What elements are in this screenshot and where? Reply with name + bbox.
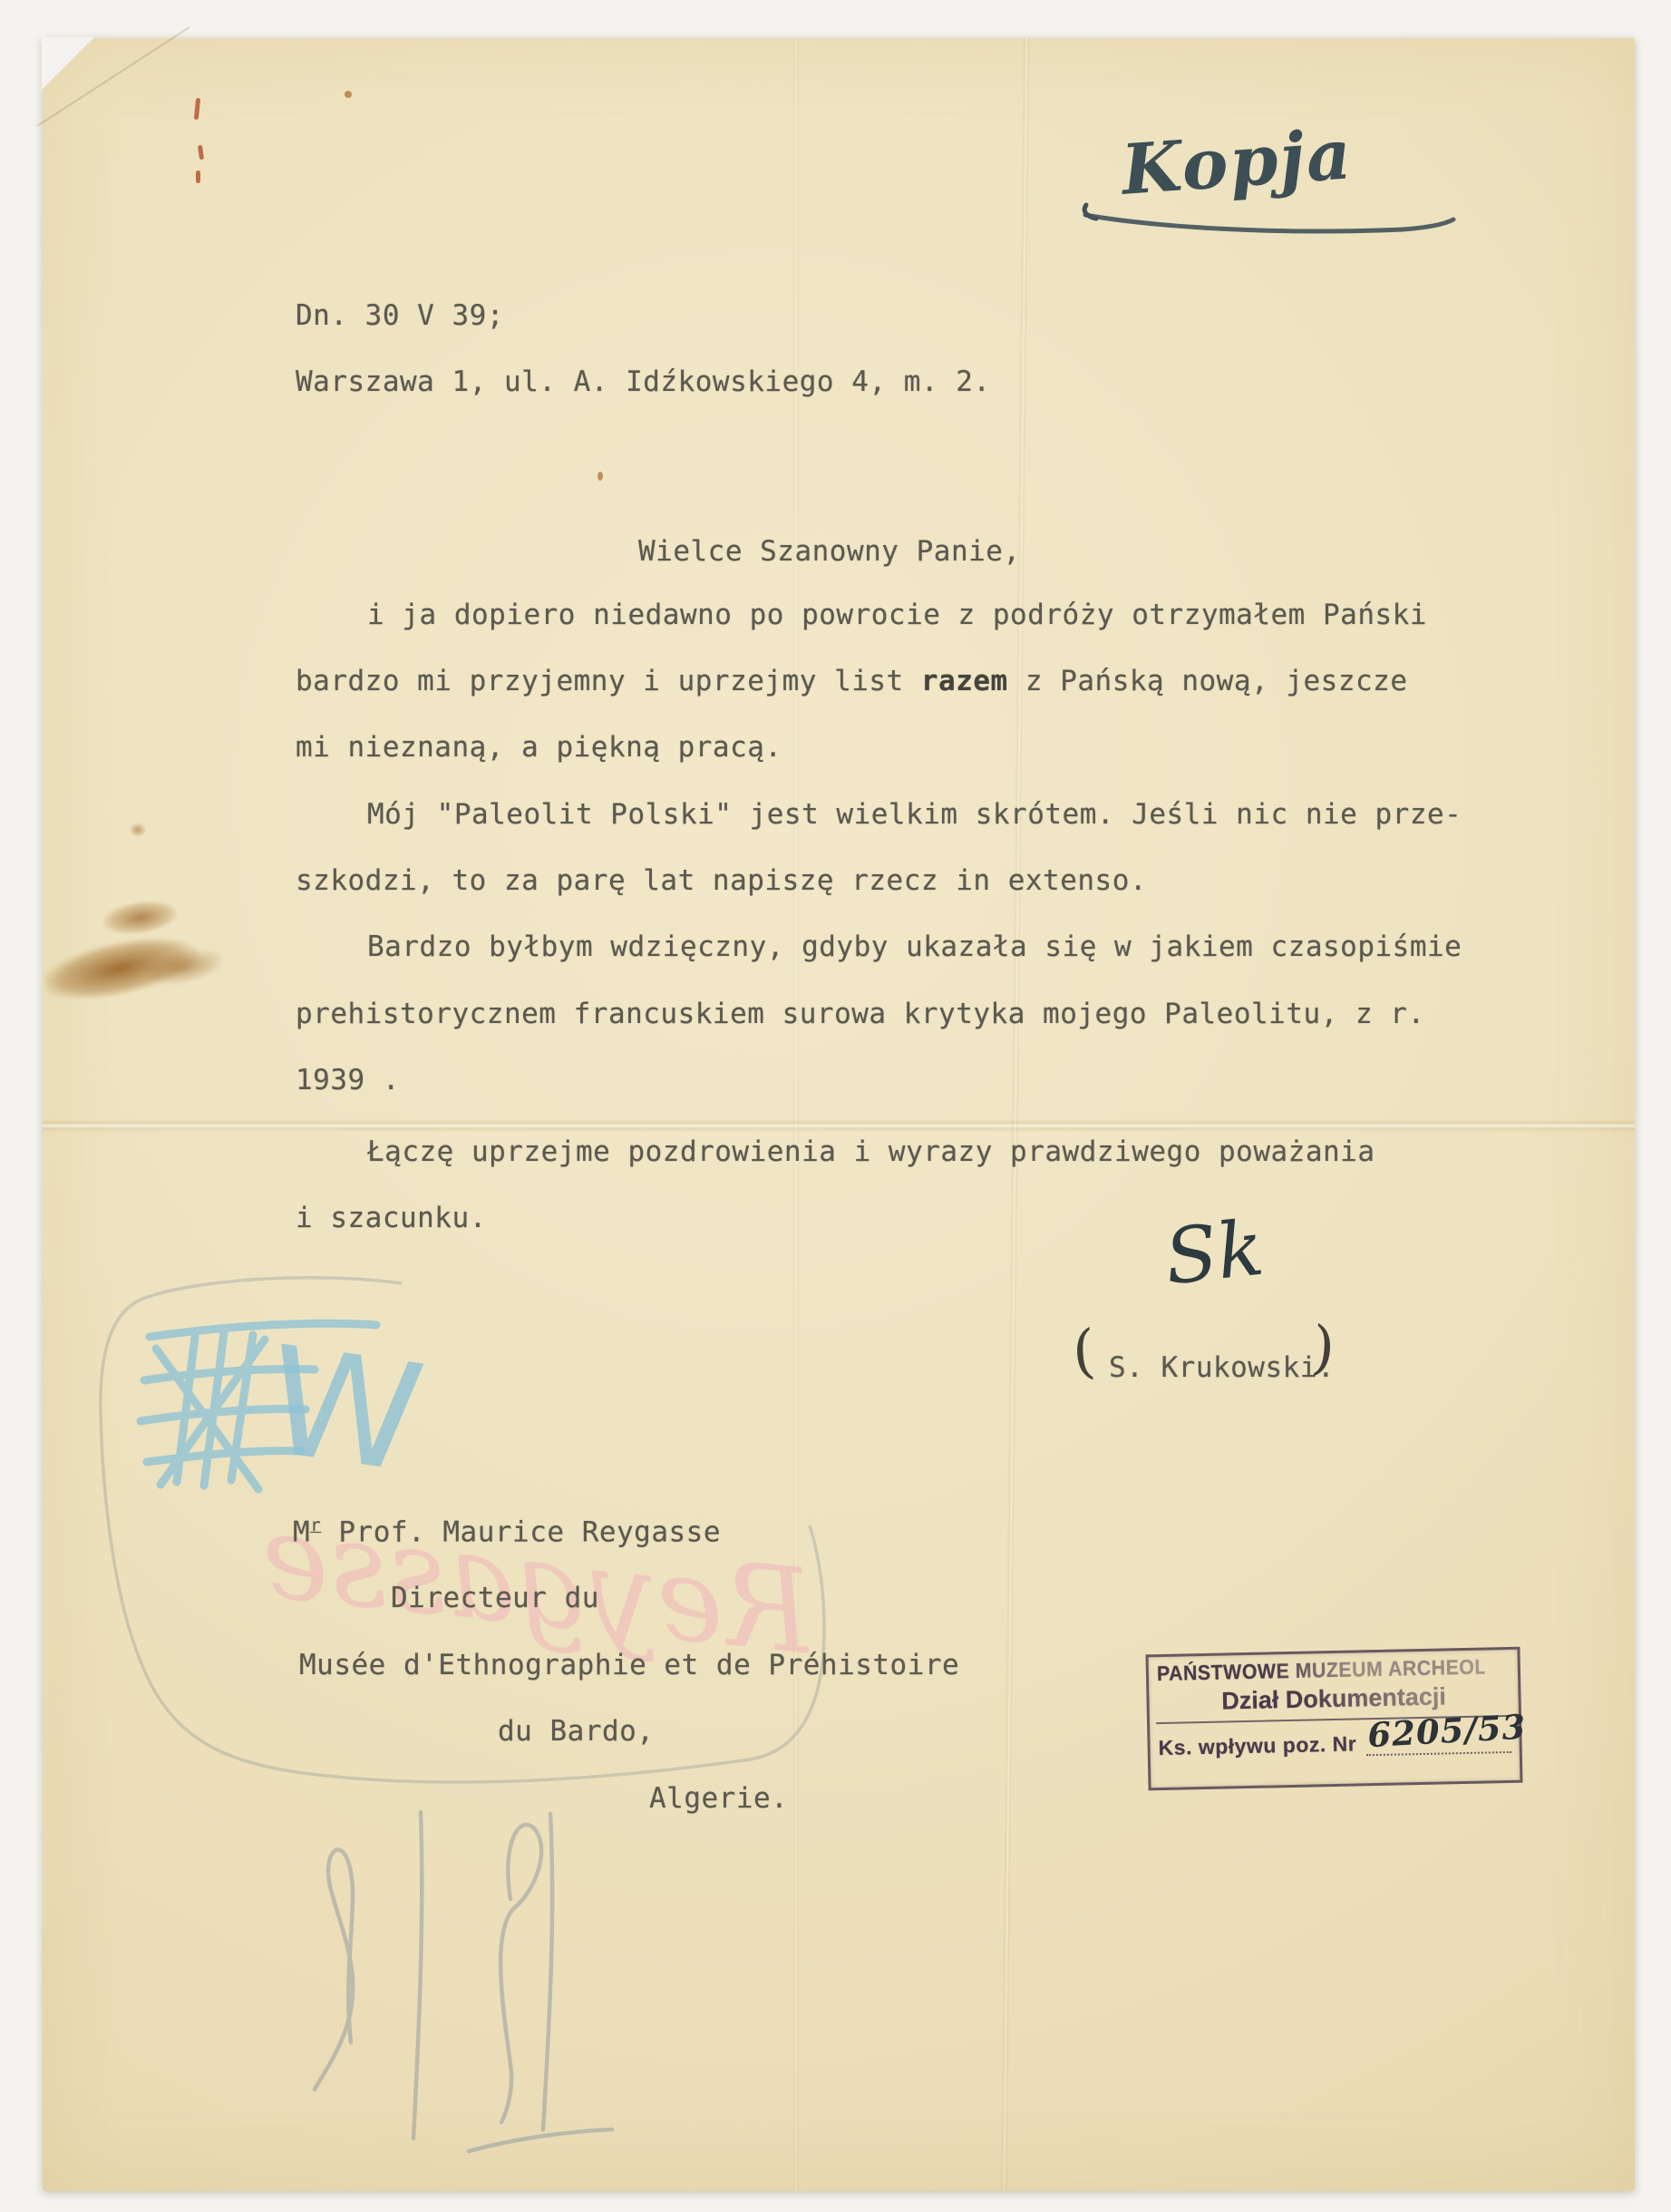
closing-line: i szacunku. <box>296 1202 487 1234</box>
body-line: i ja dopiero niedawno po powrocie z podr… <box>367 599 1427 631</box>
fold-crease-horizontal <box>43 1119 1635 1132</box>
recipient-line-1: Mr Prof. Maurice Reygasse <box>293 1515 721 1548</box>
handwritten-kopja: Kopja <box>1119 113 1355 210</box>
recipient-line-3: Musée d'Ethnographie et de Préhistoire <box>299 1649 959 1681</box>
pencil-scribbles <box>315 1812 612 2151</box>
museum-stamp: PAŃSTWOWE MUZEUM ARCHEOLOGICZNE Dział Do… <box>1145 1647 1522 1791</box>
stamp-register-row: Ks. wpływu poz. Nr 6205/53 <box>1158 1724 1511 1760</box>
rust-speck <box>597 472 603 481</box>
letter-address-line: Warszawa 1, ul. A. Idźkowskiego 4, m. 2. <box>296 365 991 398</box>
closing-line: Łączę uprzejme pozdrowienia i wyrazy pra… <box>367 1135 1375 1168</box>
scan-background: { "annotations": { "kopja": "Kopja", "sk… <box>0 0 1671 2212</box>
body-line: 1939 . <box>296 1064 400 1096</box>
body-line: bardzo mi przyjemny i uprzejmy list raze… <box>296 665 1407 697</box>
paper-corner-notch <box>42 37 94 90</box>
signature-typed-name: S. Krukowski. <box>1109 1351 1335 1384</box>
body-line: prehistorycznem francuskiem surowa kryty… <box>296 998 1425 1030</box>
body-line: Mój "Paleolit Polski" jest wielkim skrót… <box>367 798 1462 831</box>
letter-paper: Reygasse Kopja <box>43 38 1635 2191</box>
body-line: mi nieznaną, a piękną pracą. <box>296 731 782 764</box>
letter-date-line: Dn. 30 V 39; <box>296 299 504 332</box>
body-line: Bardzo byłbym wdzięczny, gdyby ukazała s… <box>367 931 1462 963</box>
recipient-line-5: Algerie. <box>649 1782 788 1815</box>
stamp-register-number: 6205/53 <box>1366 1707 1527 1756</box>
fold-crease-vertical <box>1000 38 1031 2191</box>
stamp-register-label: Ks. wpływu poz. Nr <box>1158 1731 1356 1760</box>
body-line: szkodzi, to za parę lat napiszę rzecz in… <box>296 864 1147 897</box>
body-line-emphasis: razem <box>921 665 1008 697</box>
red-mark <box>194 98 200 120</box>
handwritten-sk-initials: Sk <box>1161 1203 1268 1302</box>
recipient-honorific-sup: r <box>310 1515 321 1535</box>
rust-stain-dot <box>126 820 150 840</box>
rust-stain-large <box>36 900 248 1019</box>
recipient-line-2: Directeur du <box>391 1582 599 1614</box>
fold-crease-vertical-faint <box>792 38 800 2191</box>
stamp-title: PAŃSTWOWE MUZEUM ARCHEOLOGICZNE <box>1157 1655 1485 1687</box>
recipient-honorific: M <box>293 1515 310 1548</box>
rust-stain-medium <box>92 890 197 945</box>
recipient-line-4: du Bardo, <box>498 1715 654 1748</box>
body-line-part: bardzo mi przyjemny i uprzejmy list <box>296 665 921 697</box>
signature-paren-open: ( <box>1070 1318 1097 1387</box>
salutation-line: Wielce Szanowny Panie, <box>638 535 1021 568</box>
rust-speck <box>345 91 352 98</box>
annotation-overlay <box>43 38 1635 2191</box>
recipient-name: Prof. Maurice Reygasse <box>321 1515 721 1548</box>
red-mark <box>198 145 204 161</box>
red-mark <box>196 171 200 183</box>
body-line-part: z Pańską nową, jeszcze <box>1008 665 1408 697</box>
stamp-number-line: 6205/53 <box>1365 1724 1511 1756</box>
blue-crayon-w: W <box>257 1313 433 1506</box>
